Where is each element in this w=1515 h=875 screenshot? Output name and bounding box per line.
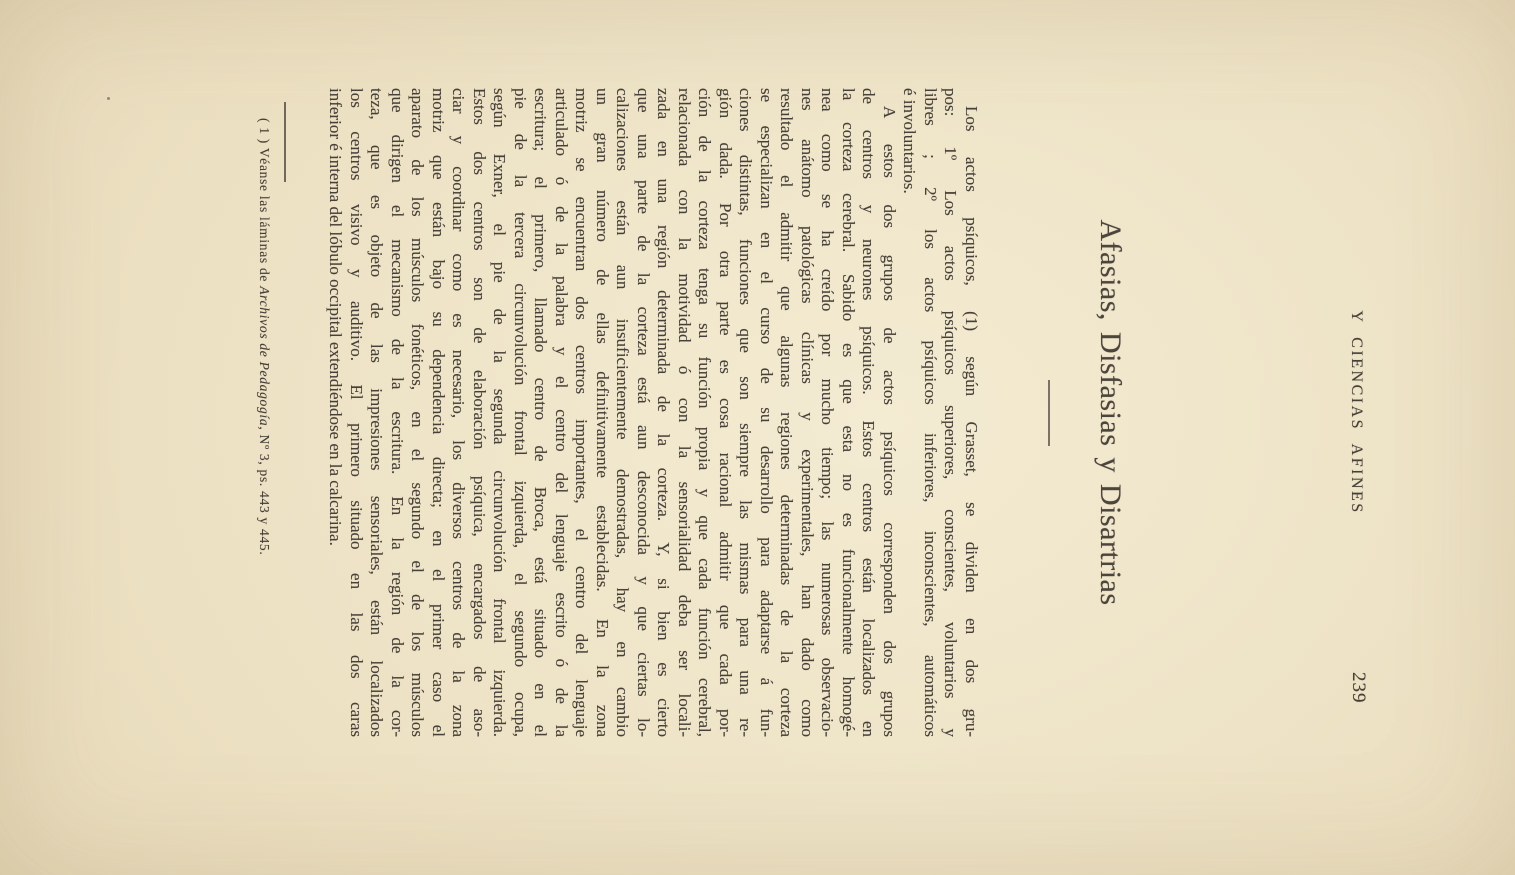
- text-line: los centros visivo y auditivo. El primer…: [346, 88, 367, 737]
- footnote-prefix: ( 1 ) Véanse las láminas de: [257, 118, 272, 286]
- book-page: Y CIENCIAS AFINES 239 Afasias, Disfasias…: [0, 0, 1515, 875]
- text-line: escritura; el primero, llamado centro de…: [530, 88, 551, 737]
- text-line: resultado el admitir que algunas regione…: [776, 88, 797, 737]
- text-line: gión dada. Por otra parte es cosa racion…: [715, 88, 736, 737]
- text-line: Los actos psíquicos, (1) según Grasset, …: [961, 88, 982, 737]
- text-line: según Exner, el pie de la segunda circun…: [489, 88, 510, 737]
- text-line: A estos dos grupos de actos psíquicos co…: [879, 88, 900, 737]
- text-line: calizaciones están aun insuficientemente…: [612, 88, 633, 737]
- text-line: articulado ó de la palabra y el centro d…: [551, 88, 572, 737]
- title-separator-rule: [1048, 380, 1050, 446]
- body-text: Los actos psíquicos, (1) según Grasset, …: [325, 88, 981, 737]
- text-line: pie de la tercera circunvolución frontal…: [510, 88, 531, 737]
- text-line: nea como se ha creído por mucho tiempo; …: [817, 88, 838, 737]
- paper-speck: [107, 97, 110, 100]
- text-line: libres ; 2º los actos psíquicos inferior…: [920, 88, 941, 737]
- paper-speck: [865, 520, 867, 522]
- text-line: ciones distintas, funciones que son siem…: [735, 88, 756, 737]
- text-line: de centros y neurones psíquicos. Estos c…: [858, 88, 879, 737]
- text-line: aparato de los músculos fonéticos, en el…: [407, 88, 428, 737]
- footnote-separator-rule: [284, 102, 286, 182]
- chapter-title: Afasias, Disfasias y Disartrias: [1093, 88, 1127, 737]
- text-line: la corteza cerebral. Sabido es que esta …: [838, 88, 859, 737]
- footnote-suffix: , Nº 3, ps. 443 y 445.: [257, 426, 272, 555]
- text-line: que dirigen el mecanismo de la escritura…: [387, 88, 408, 737]
- text-line: Estos dos centros son de elaboración psí…: [469, 88, 490, 737]
- scanned-page-viewport: Y CIENCIAS AFINES 239 Afasias, Disfasias…: [0, 0, 1515, 875]
- text-line: se especializan en el curso de su desarr…: [756, 88, 777, 737]
- footnote: ( 1 ) Véanse las láminas de Archivos de …: [256, 88, 272, 737]
- text-line: que una parte de la corteza está aun des…: [633, 88, 654, 737]
- text-line: relacionada con la motividad ó con la se…: [674, 88, 695, 737]
- footnote-work-title: Archivos de Pedagogía: [257, 286, 272, 426]
- text-line: inferior é interna del lóbulo occipital …: [325, 88, 346, 737]
- text-line: motriz que están bajo su dependencia dir…: [428, 88, 449, 737]
- running-head: Y CIENCIAS AFINES: [1347, 88, 1365, 737]
- text-line: ción de la corteza tenga su función prop…: [694, 88, 715, 737]
- text-line: ciar y coordinar como es necesario, los …: [448, 88, 469, 737]
- text-line: teza, que es objeto de las impresiones s…: [366, 88, 387, 737]
- text-line: motriz se encuentran dos centros importa…: [571, 88, 592, 737]
- text-line: zada en una región determinada de la cor…: [653, 88, 674, 737]
- text-line: un gran número de ellas definitivamente …: [592, 88, 613, 737]
- text-line: é involuntarios.: [899, 88, 920, 737]
- page-number: 239: [1347, 672, 1369, 742]
- text-line: pos: 1º Los actos psíquicos superiores, …: [940, 88, 961, 737]
- text-line: nes anátomo patológicas clínicas y exper…: [797, 88, 818, 737]
